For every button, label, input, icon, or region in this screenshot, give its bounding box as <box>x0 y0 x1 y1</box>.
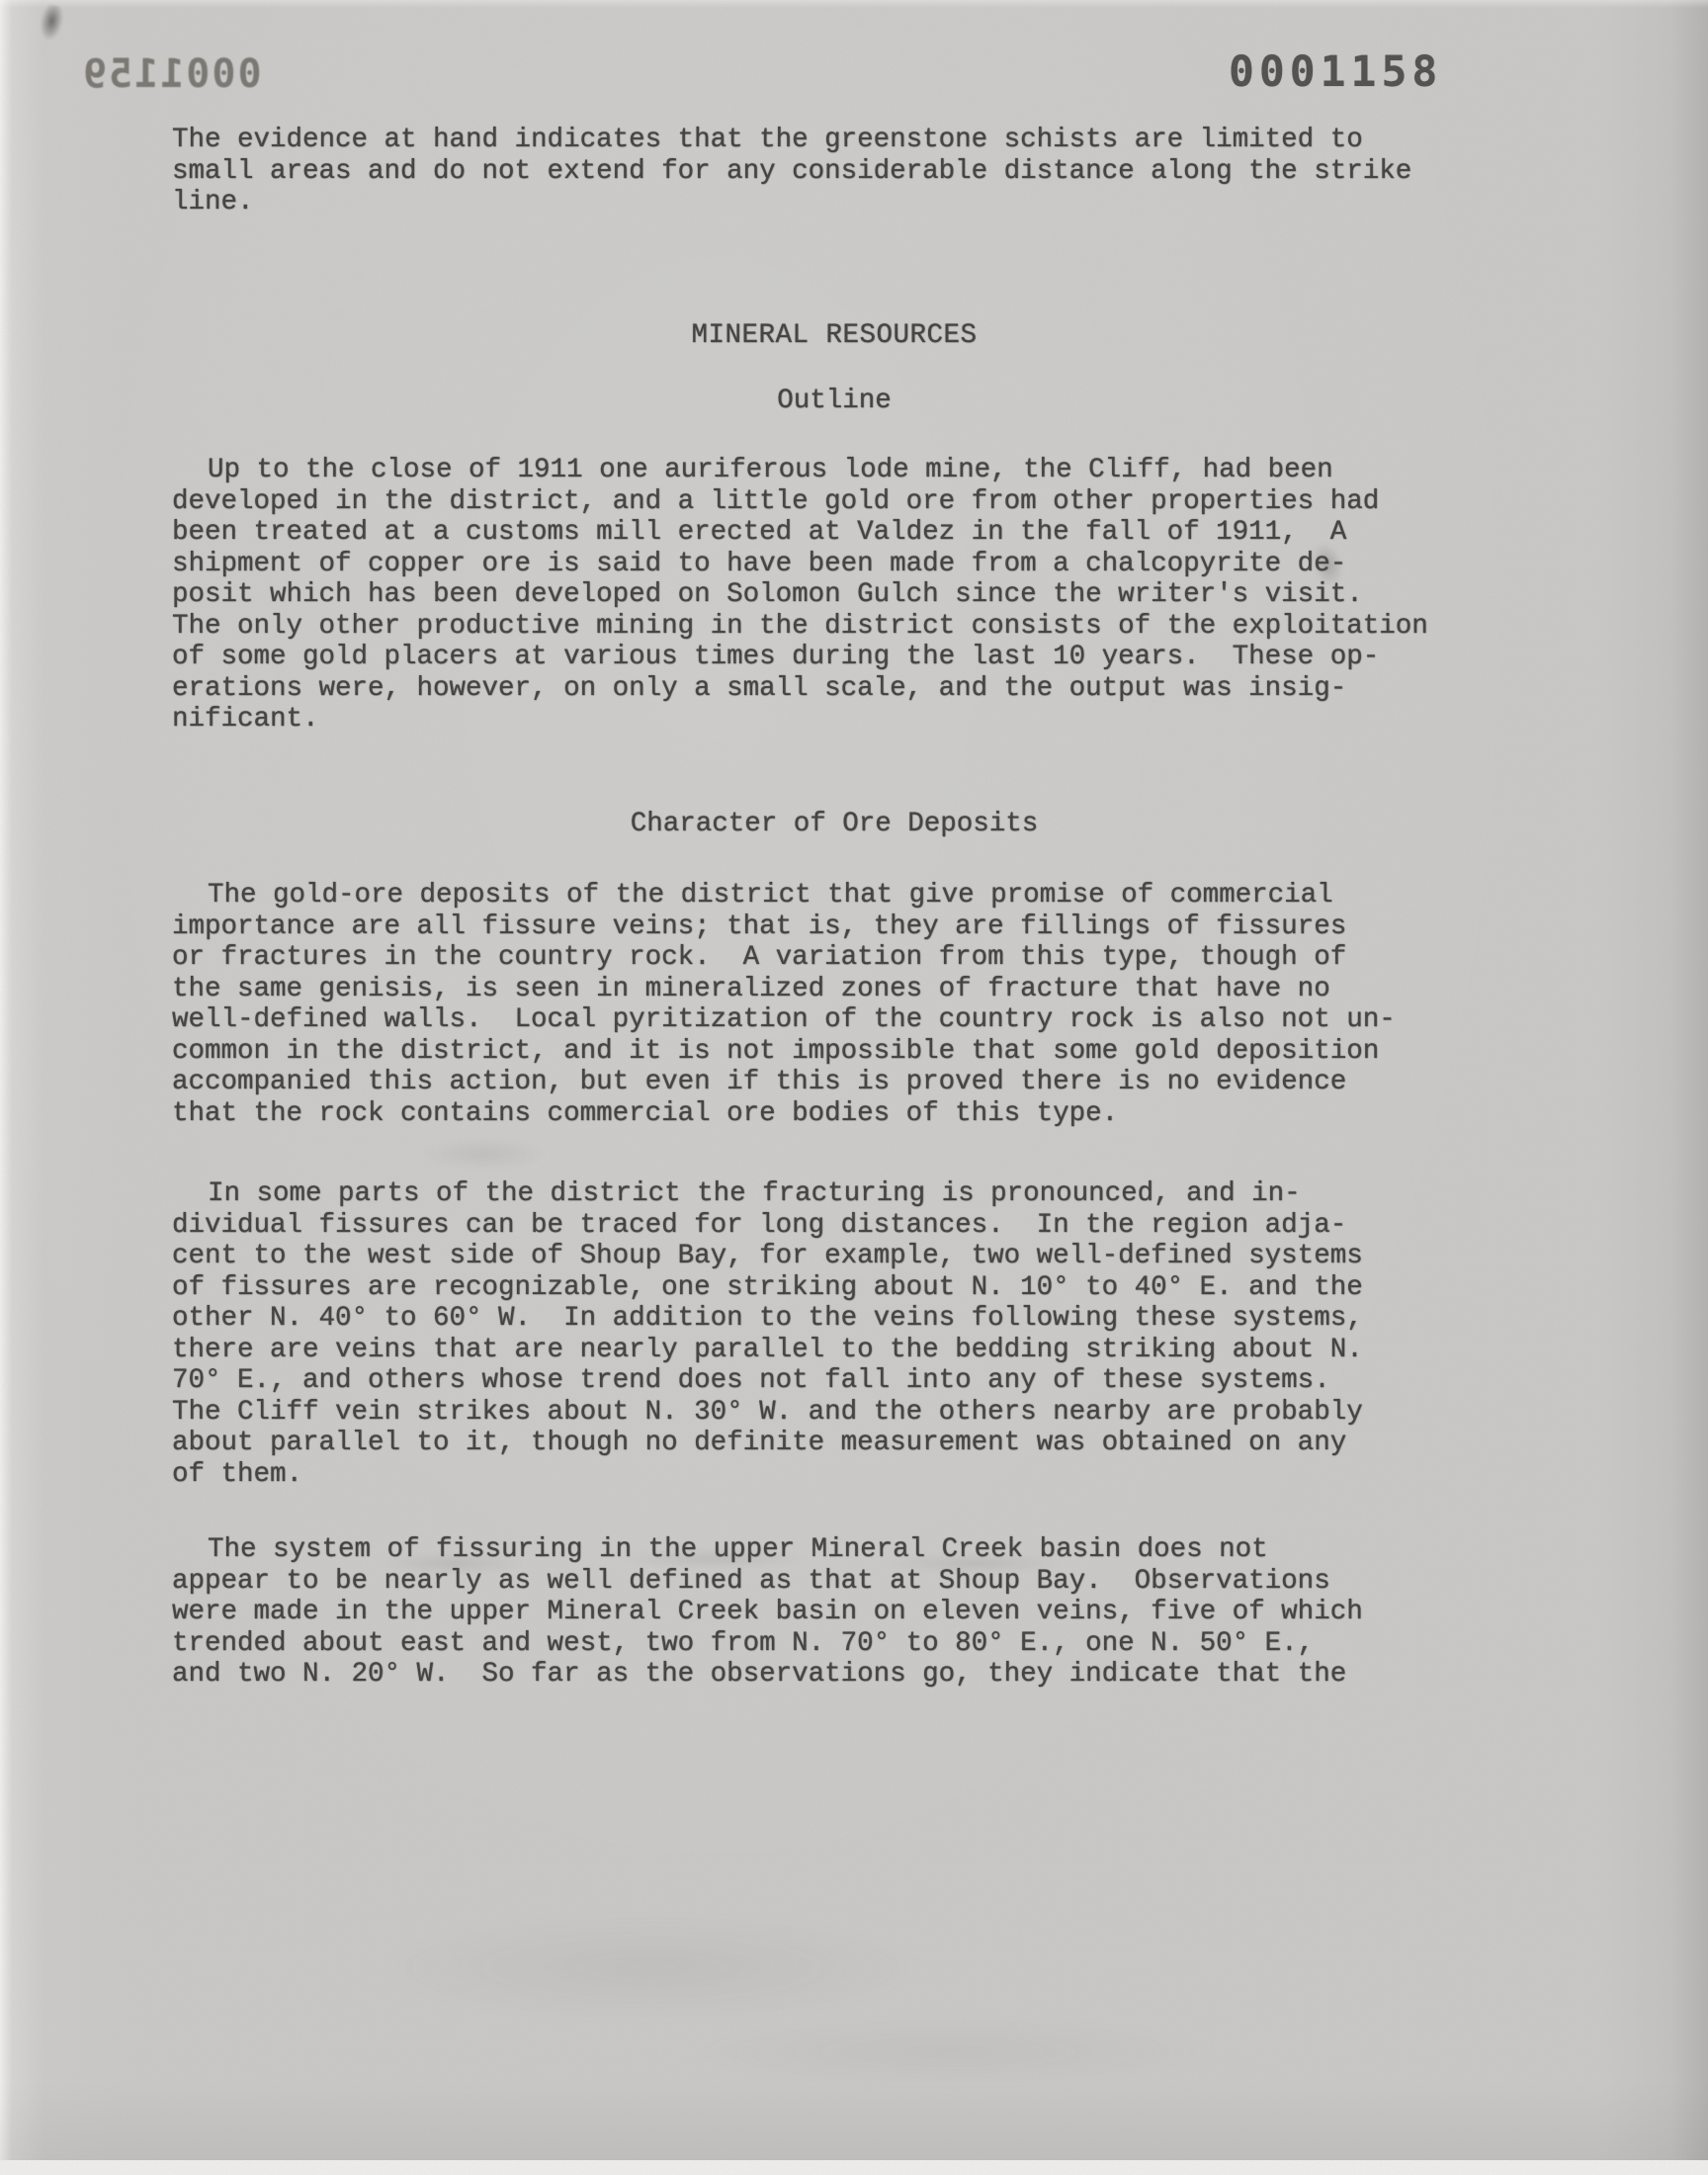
scanned-document-page: 0001159 0001158 The evidence at hand ind… <box>0 0 1708 2175</box>
scan-edge-top <box>0 0 1708 8</box>
paragraph-mineral-creek-basin: The system of fissuring in the upper Min… <box>172 1534 1363 1691</box>
scan-edge-bottom-shade <box>0 2081 1708 2160</box>
paragraph-character-of-ore-deposits: The gold-ore deposits of the district th… <box>172 880 1396 1129</box>
paragraph-continued-from-previous-page: The evidence at hand indicates that the … <box>172 125 1411 218</box>
scan-edge-bottom <box>0 2160 1708 2175</box>
section-heading-mineral-resources: MINERAL RESOURCES <box>172 320 1496 352</box>
subheading-character-of-ore-deposits: Character of Ore Deposits <box>172 809 1496 840</box>
paragraph-outline: Up to the close of 1911 one auriferous l… <box>172 455 1428 736</box>
paragraph-fissure-systems: In some parts of the district the fractu… <box>172 1178 1363 1490</box>
bottom-smudge <box>692 2017 1206 2086</box>
page-number-stamp: 0001158 <box>1229 47 1442 97</box>
subheading-outline: Outline <box>172 386 1496 417</box>
page-number-stamp-bleedthrough-mirrored: 0001159 <box>81 51 262 97</box>
bleedthrough-smudge <box>425 1139 544 1169</box>
bottom-smudge <box>376 1913 929 2022</box>
corner-ink-mark <box>37 3 65 43</box>
